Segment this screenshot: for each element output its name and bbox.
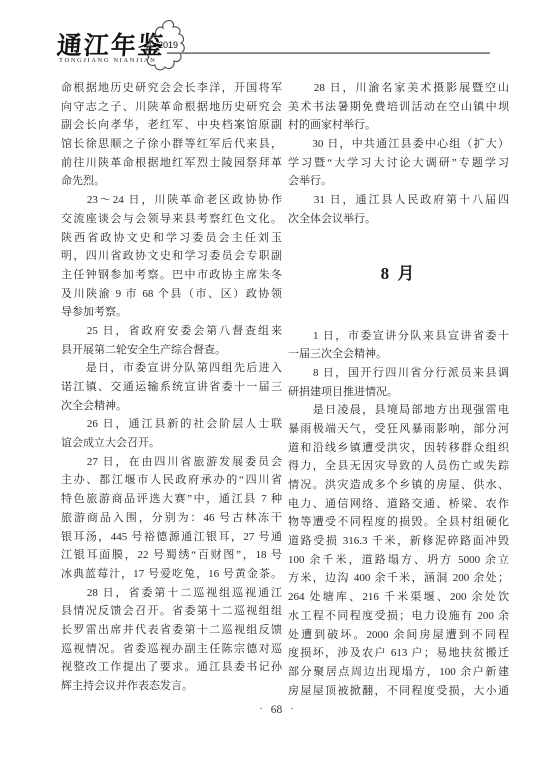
text-line: 264 处塘库、216 千米渠堰、200 余处饮: [288, 588, 509, 607]
text-line: 方米，边沟 400 余千米，涵洞 200 余处；: [288, 569, 509, 588]
text-line: 物等遭受不同程度的损毁。全县村组硬化: [288, 513, 509, 532]
month-heading: 8 月: [288, 259, 509, 289]
page-number-dot-left: ·: [259, 704, 262, 715]
text-line: 村的画家村举行。: [288, 116, 509, 135]
right-column-bottom: 1 日，市委宣讲分队来县宣讲省委十一届三次全会精神。 8 日，国开行四川省分行派…: [288, 327, 509, 701]
text-line: 长罗雷出席并代表省委第十二巡视组反馈: [61, 621, 282, 640]
text-line: 度损坏，涉及农户 613 户；易地扶贫搬迁: [288, 644, 509, 663]
text-line: 电力、通信网络、道路交通、桥梁、农作: [288, 495, 509, 514]
yearbook-page: 通江年鉴 TONGJIANG NIANJIAN 2019 命根据地历史研究会会长…: [0, 0, 553, 778]
text-line: 旅游商品入围，分别为：46 号古林冻干: [61, 509, 282, 528]
text-line: 道路受损 316.3 千米，新修泥碎路面冲毁: [288, 532, 509, 551]
right-column: 28 日，川渝名家美术摄影展暨空山美术书法暑期免费培训活动在空山镇中坝村的画家村…: [288, 79, 509, 700]
text-line: 处遭到破坏。2000 余间房屋遭到不同程: [288, 626, 509, 645]
text-line: 主办、都江堰市人民政府承办的“四川省: [61, 471, 282, 490]
text-line: 23～24 日，川陕革命老区政协协作: [61, 191, 282, 210]
text-line: 会举行。: [288, 172, 509, 191]
text-line: 27 日，在由四川省旅游发展委员会: [61, 453, 282, 472]
text-line: 命先烈。: [61, 172, 282, 191]
text-line: 副会长向孝华，老红军、中央档案馆原副: [61, 116, 282, 135]
text-line: 31 日，通江县人民政府第十八届四: [288, 191, 509, 210]
text-line: 情况。洪灾造成多个乡镇的房屋、供水、: [288, 476, 509, 495]
text-line: 命根据地历史研究会会长李洋，开国将军: [61, 79, 282, 98]
text-line: 暴雨极端天气，受狂风暴雨影响，部分河: [288, 420, 509, 439]
page-number-dot-right: ·: [290, 704, 293, 715]
text-line: 视整改工作提出了要求。通江县委书记孙: [61, 658, 282, 677]
text-line: 是日凌晨，县境局部地方出现强雷电: [288, 401, 509, 420]
text-line: 道和沿线乡镇遭受洪灾，因转移群众组织: [288, 439, 509, 458]
text-line: 县情况反馈会召开。省委第十二巡视组组: [61, 602, 282, 621]
text-line: 是日，市委宣讲分队第四组先后进入: [61, 359, 282, 378]
year-badge: 2019: [146, 20, 190, 72]
text-line: 明，四川省政协文史和学习委员会专职副: [61, 247, 282, 266]
text-line: 银耳汤，445 号裕德源通江银耳，27 号通: [61, 528, 282, 547]
page-footer: ·68·: [0, 704, 553, 716]
text-line: 房屋屋顶被掀翻，不同程度受损，大小通: [288, 682, 509, 701]
logo-subtitle: TONGJIANG NIANJIAN: [59, 57, 156, 64]
text-line: 诺江镇、交通运输系统宣讲省委十一届三: [61, 378, 282, 397]
text-line: 学习暨“大学习大讨论大调研”专题学习: [288, 154, 509, 173]
text-line: 向守志之子、川陕革命根据地历史研究会: [61, 98, 282, 117]
text-line: 得力，全县无因灾导致的人员伤亡或失踪: [288, 457, 509, 476]
text-line: 部分聚居点周边出现塌方，100 余户新建: [288, 663, 509, 682]
logo-year: 2019: [146, 40, 190, 50]
text-line: 冰典蓝莓汁，17 号爱吃兔，16 号黄金茶。: [61, 565, 282, 584]
text-line: 导参加考察。: [61, 303, 282, 322]
right-column-top: 28 日，川渝名家美术摄影展暨空山美术书法暑期免费培训活动在空山镇中坝村的画家村…: [288, 79, 509, 229]
text-line: 1 日，市委宣讲分队来县宣讲省委十: [288, 327, 509, 346]
text-line: 30 日，中共通江县委中心组（扩大）: [288, 135, 509, 154]
text-line: 及川陕渝 9 市 68 个县（市、区）政协领: [61, 285, 282, 304]
text-line: 巡视情况。省委巡视办副主任陈宗德对巡: [61, 640, 282, 659]
text-line: 江银耳面膜，22 号蜀绣“百财图”，18 号: [61, 546, 282, 565]
left-column: 命根据地历史研究会会长李洋，开国将军向守志之子、川陕革命根据地历史研究会副会长向…: [61, 79, 282, 696]
text-line: 陕西省政协文史和学习委员会主任刘玉: [61, 229, 282, 248]
text-line: 谊会成立大会召开。: [61, 434, 282, 453]
text-line: 8 日，国开行四川省分行派员来县调: [288, 364, 509, 383]
text-line: 主任钟钢参加考察。巴中市政协主席朱冬: [61, 266, 282, 285]
text-line: 次全会精神。: [61, 397, 282, 416]
text-line: 26 日，通江县新的社会阶层人士联: [61, 415, 282, 434]
text-line: 研捐建项目推进情况。: [288, 383, 509, 402]
header-rule: [167, 52, 490, 54]
text-line: 100 余千米，道路塌方、坍方 5000 余立: [288, 551, 509, 570]
text-line: 馆长徐思顺之子徐小群等红军后代来县，: [61, 135, 282, 154]
text-line: 28 日，川渝名家美术摄影展暨空山: [288, 79, 509, 98]
text-line: 25 日，省政府安委会第八督查组来: [61, 322, 282, 341]
text-line: 28 日，省委第十二巡视组巡视通江: [61, 584, 282, 603]
text-line: 美术书法暑期免费培训活动在空山镇中坝: [288, 98, 509, 117]
text-line: 交流座谈会与会领导来县考察红色文化。: [61, 210, 282, 229]
text-line: 辉主持会议并作表态发言。: [61, 677, 282, 696]
text-line: 前往川陕革命根据地红军烈士陵园祭拜革: [61, 154, 282, 173]
text-line: 水工程不同程度受损；电力设施有 200 余: [288, 607, 509, 626]
text-line: 次全体会议举行。: [288, 210, 509, 229]
text-line: 县开展第二轮安全生产综合督查。: [61, 341, 282, 360]
text-line: 一届三次全会精神。: [288, 345, 509, 364]
text-line: 特色旅游商品评选大赛”中，通江县 7 种: [61, 490, 282, 509]
page-number: 68: [271, 704, 283, 716]
